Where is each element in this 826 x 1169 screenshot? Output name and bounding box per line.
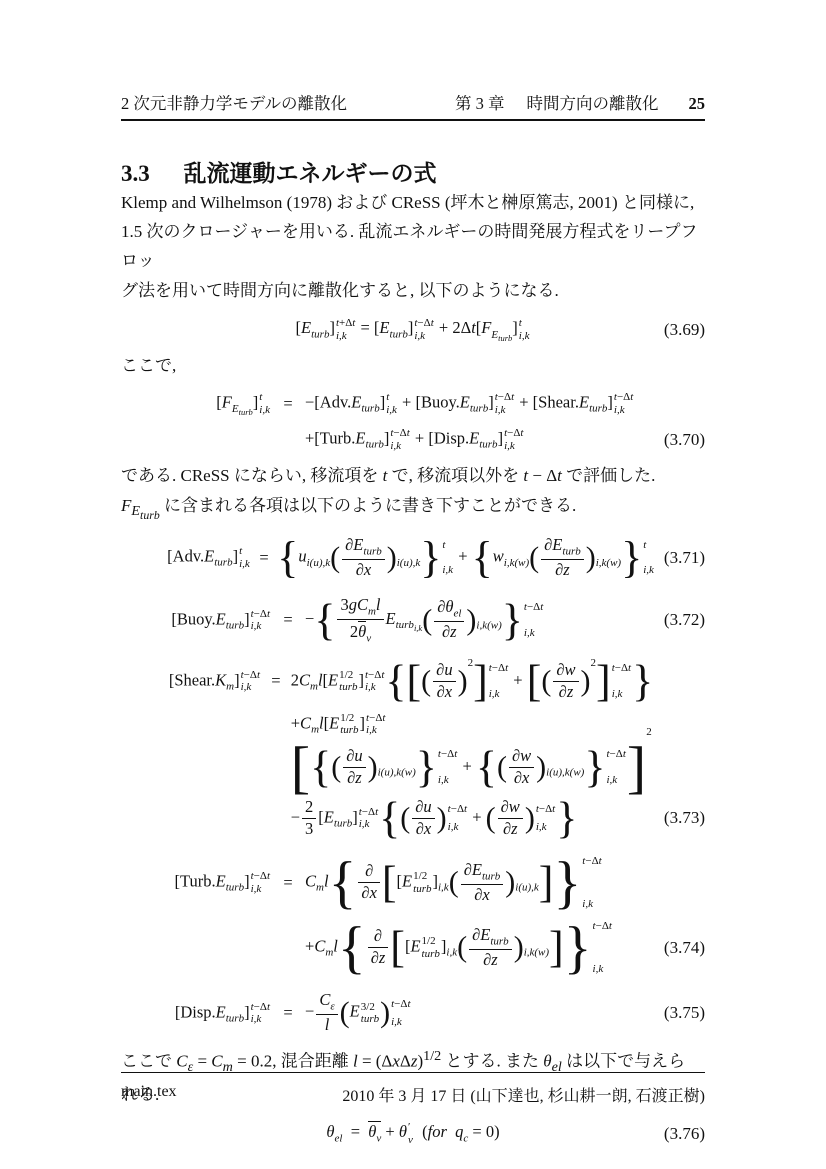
equation-3-73-number: (3.73) bbox=[653, 793, 705, 844]
equation-rhs: −{3gCml2θvEturbi,k(∂θel∂z)i,k(w)}t−Δti,k bbox=[305, 591, 651, 650]
equals-sign: = bbox=[271, 986, 305, 1040]
equation-row: [Turb.Eturb]t−Δti,k = Cml{∂∂x[[E1/2turb]… bbox=[121, 850, 705, 915]
equation-lhs: [FEturb]ti,k bbox=[121, 386, 271, 422]
equation-3-74: [Turb.Eturb]t−Δti,k = Cml{∂∂x[[E1/2turb]… bbox=[121, 850, 705, 981]
paragraph-kokode: ここで, bbox=[121, 351, 705, 380]
equation-3-74-number: (3.74) bbox=[651, 915, 705, 980]
paragraph-f-terms: FEturb に含まれる各項は以下のように書き下すことができる. bbox=[121, 491, 705, 526]
equation-3-75-number: (3.75) bbox=[651, 986, 705, 1040]
equation-number-slot bbox=[651, 386, 705, 422]
equation-lhs: [Disp.Eturb]t−Δti,k bbox=[121, 986, 271, 1040]
header-chapter-label: 第 3 章 bbox=[455, 90, 505, 114]
content-area: 2 次元非静力学モデルの離散化 第 3 章 時間方向の離散化 25 3.3 乱流… bbox=[0, 0, 826, 1146]
equation-lhs: [Adv.Eturb]ti,k bbox=[121, 531, 251, 585]
equation-3-70-number: (3.70) bbox=[651, 422, 705, 457]
equation-row: +[Turb.Eturb]t−Δti,k + [Disp.Eturb]t−Δti… bbox=[121, 422, 705, 457]
equals-sign: = bbox=[251, 531, 277, 585]
header-chapter-title: 時間方向の離散化 bbox=[527, 90, 659, 114]
footer-filename: main.tex bbox=[121, 1083, 177, 1106]
page-footer: main.tex 2010 年 3 月 17 日 (山下達也, 杉山耕一朗, 石… bbox=[121, 1072, 705, 1106]
equals-sign: = bbox=[271, 850, 305, 915]
equation-3-72-number: (3.72) bbox=[651, 591, 705, 650]
equation-row: [Adv.Eturb]ti,k = {ui(u),k(∂Eturb∂x)i(u)… bbox=[121, 531, 705, 585]
equation-3-70: [FEturb]ti,k = −[Adv.Eturb]ti,k + [Buoy.… bbox=[121, 386, 705, 457]
equation-rhs: +[Turb.Eturb]t−Δti,k + [Disp.Eturb]t−Δti… bbox=[305, 422, 651, 457]
equation-lhs: [Buoy.Eturb]t−Δti,k bbox=[121, 591, 271, 650]
equation-3-73: [Shear.Km]t−Δti,k = 2Cml[E1/2turb]t−Δti,… bbox=[121, 656, 705, 844]
page-number: 25 bbox=[689, 94, 706, 114]
equation-3-75: [Disp.Eturb]t−Δti,k = −Cεl(E3/2turb)t−Δt… bbox=[121, 986, 705, 1040]
equation-3-76-body: θel = θv + θ′v (for qc = 0) bbox=[326, 1122, 499, 1141]
equation-rhs: −Cεl(E3/2turb)t−Δti,k bbox=[305, 986, 651, 1040]
equation-rhs: [{(∂u∂z)i(u),k(w)}t−Δti,k + {(∂w∂x)i(u),… bbox=[291, 742, 653, 793]
equation-row: [Disp.Eturb]t−Δti,k = −Cεl(E3/2turb)t−Δt… bbox=[121, 986, 705, 1040]
header-chapter-group: 第 3 章 時間方向の離散化 25 bbox=[455, 90, 705, 114]
equation-3-71: [Adv.Eturb]ti,k = {ui(u),k(∂Eturb∂x)i(u)… bbox=[121, 531, 705, 585]
equation-rhs: −[Adv.Eturb]ti,k + [Buoy.Eturb]t−Δti,k +… bbox=[305, 386, 651, 422]
equation-rhs: Cml{∂∂x[[E1/2turb]i,k(∂Eturb∂x)i(u),k]}t… bbox=[305, 850, 651, 915]
equation-rhs: {ui(u),k(∂Eturb∂x)i(u),k}ti,k + {wi,k(w)… bbox=[277, 531, 655, 585]
equals-sign: = bbox=[261, 656, 291, 707]
equation-rhs: +Cml[E1/2turb]t−Δti,k bbox=[291, 707, 653, 742]
equation-rhs: 2Cml[E1/2turb]t−Δti,k{[(∂u∂x)2]t−Δti,k +… bbox=[291, 656, 653, 707]
equation-3-69: [Eturb]t+Δti,k = [Eturb]t−Δti,k + 2Δt[FE… bbox=[121, 317, 705, 343]
equation-row: +Cml[E1/2turb]t−Δti,k bbox=[121, 707, 705, 742]
equation-rhs: −23[Eturb]t−Δti,k{(∂u∂x)t−Δti,k + (∂w∂z)… bbox=[291, 793, 653, 844]
equation-rhs: +Cml{∂∂z[[E1/2turb]i,k(∂Eturb∂z)i,k(w)]}… bbox=[305, 915, 651, 980]
equation-row: −23[Eturb]t−Δti,k{(∂u∂x)t−Δti,k + (∂w∂z)… bbox=[121, 793, 705, 844]
footer-date-authors: 2010 年 3 月 17 日 (山下達也, 杉山耕一朗, 石渡正樹) bbox=[342, 1083, 705, 1106]
equation-row: [{(∂u∂z)i(u),k(w)}t−Δti,k + {(∂w∂x)i(u),… bbox=[121, 742, 705, 793]
section-heading: 3.3 乱流運動エネルギーの式 bbox=[121, 155, 705, 188]
equation-lhs: [Shear.Km]t−Δti,k bbox=[121, 656, 261, 707]
page-header: 2 次元非静力学モデルの離散化 第 3 章 時間方向の離散化 25 bbox=[121, 90, 705, 121]
equation-row: [Buoy.Eturb]t−Δti,k = −{3gCml2θvEturbi,k… bbox=[121, 591, 705, 650]
section-title: 乱流運動エネルギーの式 bbox=[184, 160, 437, 186]
equals-sign: = bbox=[271, 386, 305, 422]
header-running-title: 2 次元非静力学モデルの離散化 bbox=[121, 90, 347, 114]
equation-3-72: [Buoy.Eturb]t−Δti,k = −{3gCml2θvEturbi,k… bbox=[121, 591, 705, 650]
equation-3-69-body: [Eturb]t+Δti,k = [Eturb]t−Δti,k + 2Δt[FE… bbox=[296, 318, 531, 337]
equation-3-76-number: (3.76) bbox=[651, 1124, 705, 1144]
equation-row: [Shear.Km]t−Δti,k = 2Cml[E1/2turb]t−Δti,… bbox=[121, 656, 705, 707]
equation-row: [FEturb]ti,k = −[Adv.Eturb]ti,k + [Buoy.… bbox=[121, 386, 705, 422]
paragraph-after-370: である. CReSS にならい, 移流項を t で, 移流項以外を t − Δt… bbox=[121, 461, 705, 490]
equation-lhs: [Turb.Eturb]t−Δti,k bbox=[121, 850, 271, 915]
paragraph-intro: Klemp and Wilhelmson (1978) および CReSS (坪… bbox=[121, 188, 705, 305]
equals-sign: = bbox=[271, 591, 305, 650]
equation-row: +Cml{∂∂z[[E1/2turb]i,k(∂Eturb∂z)i,k(w)]}… bbox=[121, 915, 705, 980]
equation-3-69-number: (3.69) bbox=[651, 320, 705, 340]
section-number: 3.3 bbox=[121, 161, 150, 186]
equation-3-71-number: (3.71) bbox=[655, 531, 705, 585]
page: 2 次元非静力学モデルの離散化 第 3 章 時間方向の離散化 25 3.3 乱流… bbox=[0, 0, 826, 1169]
equation-3-76: θel = θv + θ′v (for qc = 0) (3.76) bbox=[121, 1121, 705, 1146]
